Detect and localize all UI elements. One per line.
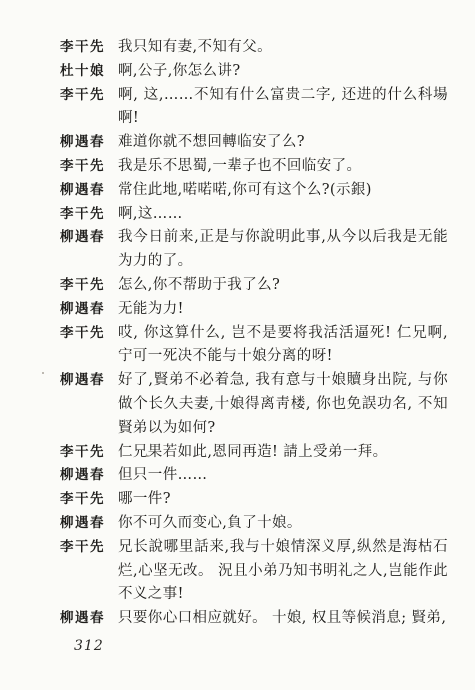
dialogue-entry: 李干先啊, 这,……不知有什么富贵二字, 还进的什么科場啊! <box>60 84 448 132</box>
dialogue-entry: 柳遇春好了,賢弟不必着急, 我有意与十娘贖身出院, 与你做个长久夫妻,十娘得离靑… <box>60 369 448 440</box>
dialogue-entry: 李干先怎么,你不帮助于我了么? <box>60 274 448 298</box>
dialogue-text: 哎, 你这算什么, 岂不是要将我活活逼死! 仁兄啊,宁可一死决不能与十娘分离的呀… <box>118 322 448 370</box>
book-page: 李干先我只知有妻,不知有父。杜十娘啊,公子,你怎么讲?李干先啊, 这,……不知有… <box>0 0 475 690</box>
speaker-name: 李干先 <box>60 155 110 179</box>
dialogue-text: 哪一件? <box>118 488 448 512</box>
dialogue-entry: 李干先哪一件? <box>60 488 448 512</box>
page-number: 312 <box>74 638 104 654</box>
scan-speck <box>42 372 44 374</box>
speaker-name: 柳遇春 <box>60 512 110 536</box>
dialogue-entry: 柳遇春只要你心口相应就好。 十娘, 权且等候消息; 賢弟, <box>60 607 448 631</box>
dialogue-text: 我今日前来,正是与你說明此事,从今以后我是无能为力的了。 <box>118 226 448 274</box>
speaker-name: 柳遇春 <box>60 226 110 250</box>
dialogue-entry: 柳遇春你不可久而变心,負了十娘。 <box>60 512 448 536</box>
dialogue-text: 仁兄果若如此,恩同再造! 請上受弟一拜。 <box>118 441 448 465</box>
dialogue-text: 啊,这…… <box>118 203 448 227</box>
dialogue-entry: 李干先哎, 你这算什么, 岂不是要将我活活逼死! 仁兄啊,宁可一死决不能与十娘分… <box>60 322 448 370</box>
dialogue-entry: 李干先仁兄果若如此,恩同再造! 請上受弟一拜。 <box>60 441 448 465</box>
speaker-name: 李干先 <box>60 203 110 227</box>
dialogue-text: 但只一件…… <box>118 464 448 488</box>
dialogue-entry: 柳遇春难道你就不想回轉临安了么? <box>60 131 448 155</box>
speaker-name: 柳遇春 <box>60 607 110 631</box>
speaker-name: 柳遇春 <box>60 369 110 393</box>
dialogue-text: 好了,賢弟不必着急, 我有意与十娘贖身出院, 与你做个长久夫妻,十娘得离靑楼, … <box>118 369 448 440</box>
scan-speck <box>146 455 149 457</box>
dialogue-entry: 柳遇春我今日前来,正是与你說明此事,从今以后我是无能为力的了。 <box>60 226 448 274</box>
dialogue-text: 我是乐不思蜀,一辈子也不回临安了。 <box>118 155 448 179</box>
dialogue-text: 啊, 这,……不知有什么富贵二字, 还进的什么科場啊! <box>118 84 448 132</box>
dialogue-text: 啊,公子,你怎么讲? <box>118 60 448 84</box>
dialogue-entry: 杜十娘啊,公子,你怎么讲? <box>60 60 448 84</box>
speaker-name: 李干先 <box>60 274 110 298</box>
dialogue-entry: 李干先兄长說哪里話来,我与十娘情深义厚,纵然是海枯石烂,心坚无改。 況且小弟乃知… <box>60 536 448 607</box>
dialogue-text: 兄长說哪里話来,我与十娘情深义厚,纵然是海枯石烂,心坚无改。 況且小弟乃知书明礼… <box>118 536 448 607</box>
dialogue-text: 常住此地,喏喏喏,你可有这个么?(示銀) <box>118 179 448 203</box>
speaker-name: 李干先 <box>60 84 110 108</box>
dialogue-entry: 柳遇春常住此地,喏喏喏,你可有这个么?(示銀) <box>60 179 448 203</box>
speaker-name: 柳遇春 <box>60 131 110 155</box>
speaker-name: 李干先 <box>60 322 110 346</box>
speaker-name: 李干先 <box>60 36 110 60</box>
dialogue-entry: 李干先啊,这…… <box>60 203 448 227</box>
dialogue-text: 你不可久而变心,負了十娘。 <box>118 512 448 536</box>
dialogue-text: 难道你就不想回轉临安了么? <box>118 131 448 155</box>
dialogue-text: 怎么,你不帮助于我了么? <box>118 274 448 298</box>
speaker-name: 李干先 <box>60 441 110 465</box>
speaker-name: 柳遇春 <box>60 464 110 488</box>
dialogue-list: 李干先我只知有妻,不知有父。杜十娘啊,公子,你怎么讲?李干先啊, 这,……不知有… <box>60 36 448 631</box>
speaker-name: 柳遇春 <box>60 298 110 322</box>
dialogue-entry: 李干先我只知有妻,不知有父。 <box>60 36 448 60</box>
dialogue-text: 我只知有妻,不知有父。 <box>118 36 448 60</box>
dialogue-text: 无能为力! <box>118 298 448 322</box>
speaker-name: 李干先 <box>60 536 110 560</box>
dialogue-entry: 柳遇春但只一件…… <box>60 464 448 488</box>
dialogue-entry: 柳遇春无能为力! <box>60 298 448 322</box>
dialogue-entry: 李干先我是乐不思蜀,一辈子也不回临安了。 <box>60 155 448 179</box>
speaker-name: 柳遇春 <box>60 179 110 203</box>
scan-speck <box>330 539 333 541</box>
speaker-name: 杜十娘 <box>60 60 110 84</box>
dialogue-text: 只要你心口相应就好。 十娘, 权且等候消息; 賢弟, <box>118 607 448 631</box>
speaker-name: 李干先 <box>60 488 110 512</box>
